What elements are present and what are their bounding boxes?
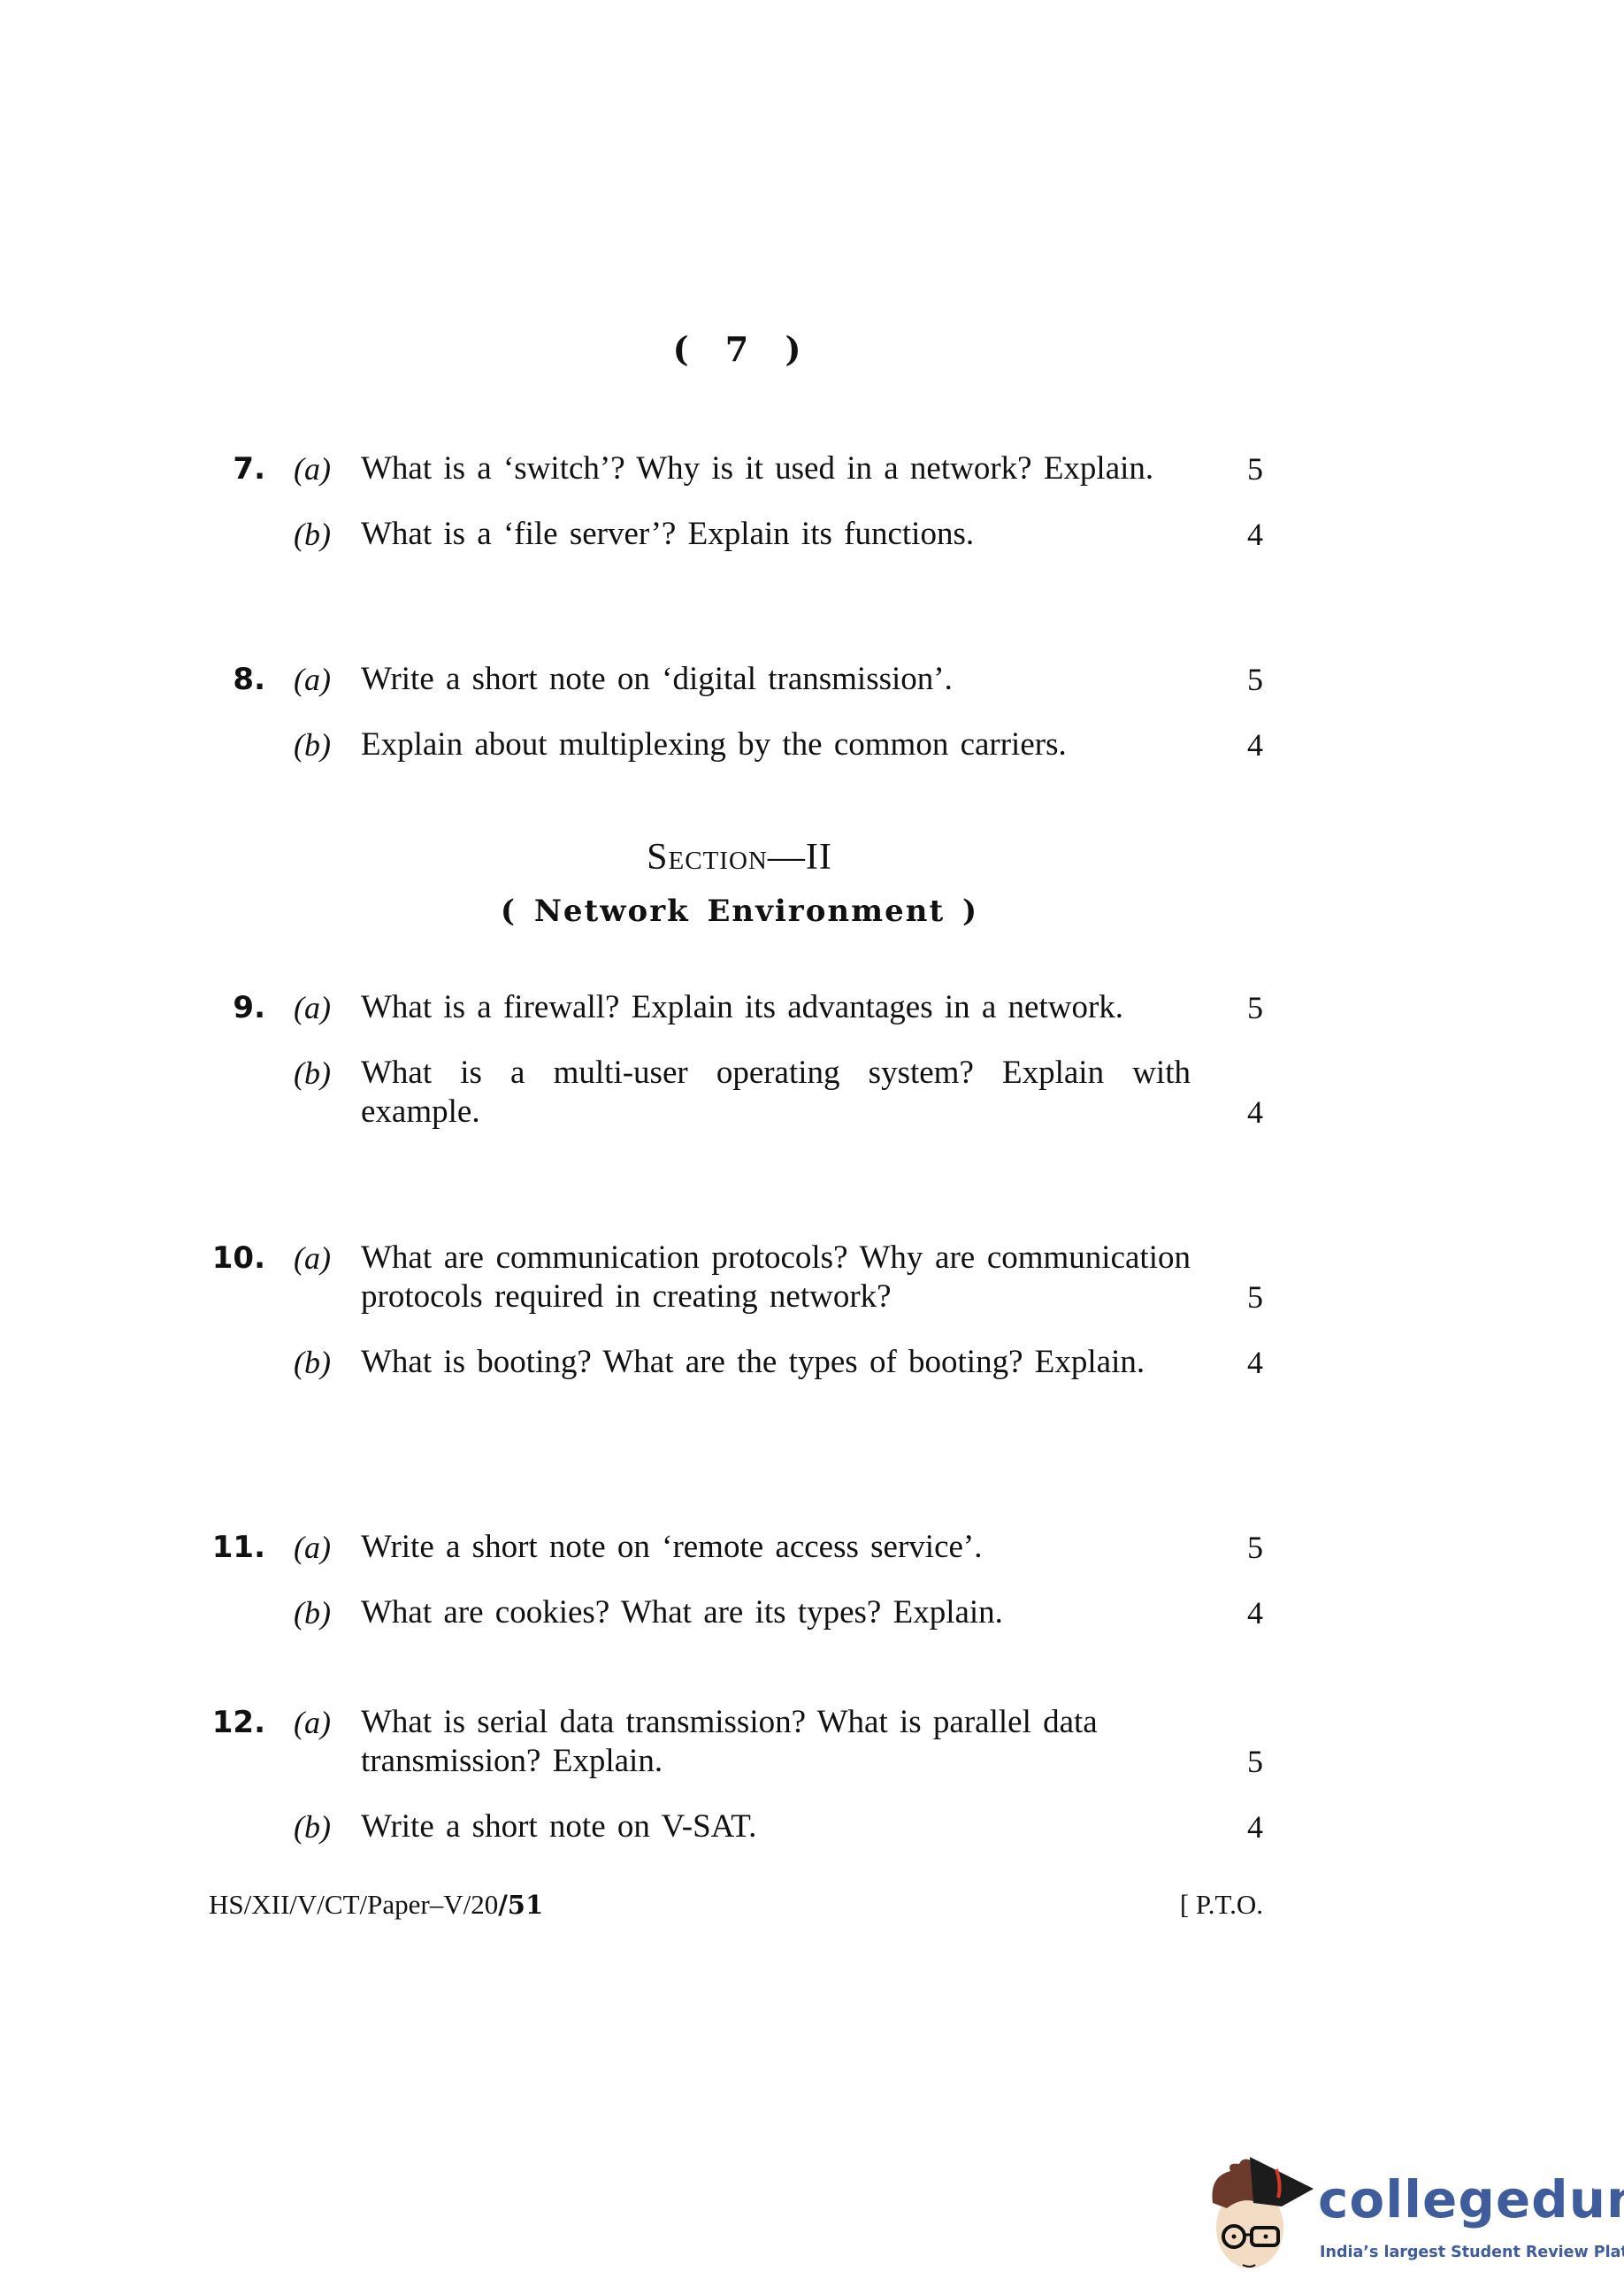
question-11: 11. (a) Write a short note on ‘remote ac… bbox=[0, 1528, 1624, 1659]
marks: 5 bbox=[1247, 449, 1263, 488]
part-label: (b) bbox=[294, 1343, 331, 1382]
brand-tld: .com bbox=[1589, 2187, 1602, 2215]
part-text: What is a multi-user operating system? E… bbox=[361, 1054, 1191, 1132]
question-part: (b) What is a ‘file server’? Explain its… bbox=[0, 515, 1624, 554]
marks: 4 bbox=[1247, 1093, 1263, 1132]
part-text: What is serial data transmission? What i… bbox=[361, 1703, 1191, 1781]
section-heading: Section—II bbox=[0, 836, 1479, 879]
part-label: (b) bbox=[294, 515, 331, 554]
part-label: (a) bbox=[294, 449, 331, 488]
page-number: ( 7 ) bbox=[0, 329, 1486, 369]
marks: 5 bbox=[1247, 988, 1263, 1027]
part-label: (b) bbox=[294, 1593, 331, 1632]
question-7: 7. (a) What is a ‘switch’? Why is it use… bbox=[0, 449, 1624, 580]
part-text: What are cookies? What are its types? Ex… bbox=[361, 1593, 1191, 1632]
question-10: 10. (a) What are communication protocols… bbox=[0, 1239, 1624, 1408]
brand-tagline: India’s largest Student Review Platform bbox=[1320, 2244, 1624, 2261]
marks: 5 bbox=[1247, 660, 1263, 699]
question-part: (a) Write a short note on ‘remote access… bbox=[0, 1528, 1624, 1567]
part-text: What is booting? What are the types of b… bbox=[361, 1343, 1191, 1382]
part-label: (a) bbox=[294, 1703, 331, 1742]
mascot-icon bbox=[1207, 2150, 1314, 2274]
paper-code-prefix: HS/XII/V/CT/Paper–V/20 bbox=[209, 1889, 498, 1920]
collegedunia-logo: collegedunia .com India’s largest Studen… bbox=[1207, 2150, 1614, 2274]
part-label: (b) bbox=[294, 725, 331, 764]
part-label: (a) bbox=[294, 1239, 331, 1278]
question-12: 12. (a) What is serial data transmission… bbox=[0, 1703, 1624, 1873]
question-8: 8. (a) Write a short note on ‘digital tr… bbox=[0, 660, 1624, 791]
part-text: What are communication protocols? Why ar… bbox=[361, 1239, 1191, 1316]
question-part: (a) Write a short note on ‘digital trans… bbox=[0, 660, 1624, 699]
question-part: (a) What is a ‘switch’? Why is it used i… bbox=[0, 449, 1624, 488]
marks: 5 bbox=[1247, 1278, 1263, 1316]
question-part: (b) What are cookies? What are its types… bbox=[0, 1593, 1624, 1632]
marks: 5 bbox=[1247, 1742, 1263, 1781]
part-label: (a) bbox=[294, 988, 331, 1027]
question-part: (b) Explain about multiplexing by the co… bbox=[0, 725, 1624, 764]
part-text: What is a ‘file server’? Explain its fun… bbox=[361, 515, 1191, 554]
marks: 4 bbox=[1247, 515, 1263, 554]
part-label: (a) bbox=[294, 660, 331, 699]
paper-code: HS/XII/V/CT/Paper–V/20/51 bbox=[209, 1889, 543, 1921]
marks: 4 bbox=[1247, 1343, 1263, 1382]
marks: 4 bbox=[1247, 1807, 1263, 1846]
paper-code-suffix: /51 bbox=[498, 1890, 543, 1920]
section-subheading: ( Network Environment ) bbox=[0, 894, 1479, 929]
pto-label: [ P.T.O. bbox=[1180, 1889, 1263, 1921]
marks: 5 bbox=[1247, 1528, 1263, 1567]
question-9: 9. (a) What is a firewall? Explain its a… bbox=[0, 988, 1624, 1158]
marks: 4 bbox=[1247, 725, 1263, 764]
question-part: (a) What is a firewall? Explain its adva… bbox=[0, 988, 1624, 1027]
part-label: (b) bbox=[294, 1807, 331, 1846]
part-text: Write a short note on V-SAT. bbox=[361, 1807, 1191, 1846]
question-part: (b) What is a multi-user operating syste… bbox=[0, 1054, 1624, 1132]
part-label: (a) bbox=[294, 1528, 331, 1567]
brand-name: collegedunia bbox=[1318, 2169, 1624, 2229]
part-label: (b) bbox=[294, 1054, 331, 1093]
part-text: What is a ‘switch’? Why is it used in a … bbox=[361, 449, 1191, 488]
question-part: (b) Write a short note on V-SAT. 4 bbox=[0, 1807, 1624, 1846]
marks: 4 bbox=[1247, 1593, 1263, 1632]
question-part: (a) What are communication protocols? Wh… bbox=[0, 1239, 1624, 1316]
part-text: Explain about multiplexing by the common… bbox=[361, 725, 1245, 764]
question-part: (a) What is serial data transmission? Wh… bbox=[0, 1703, 1624, 1781]
part-text: What is a firewall? Explain its advantag… bbox=[361, 988, 1191, 1027]
part-text: Write a short note on ‘digital transmiss… bbox=[361, 660, 1191, 699]
question-part: (b) What is booting? What are the types … bbox=[0, 1343, 1624, 1382]
part-text: Write a short note on ‘remote access ser… bbox=[361, 1528, 1191, 1567]
